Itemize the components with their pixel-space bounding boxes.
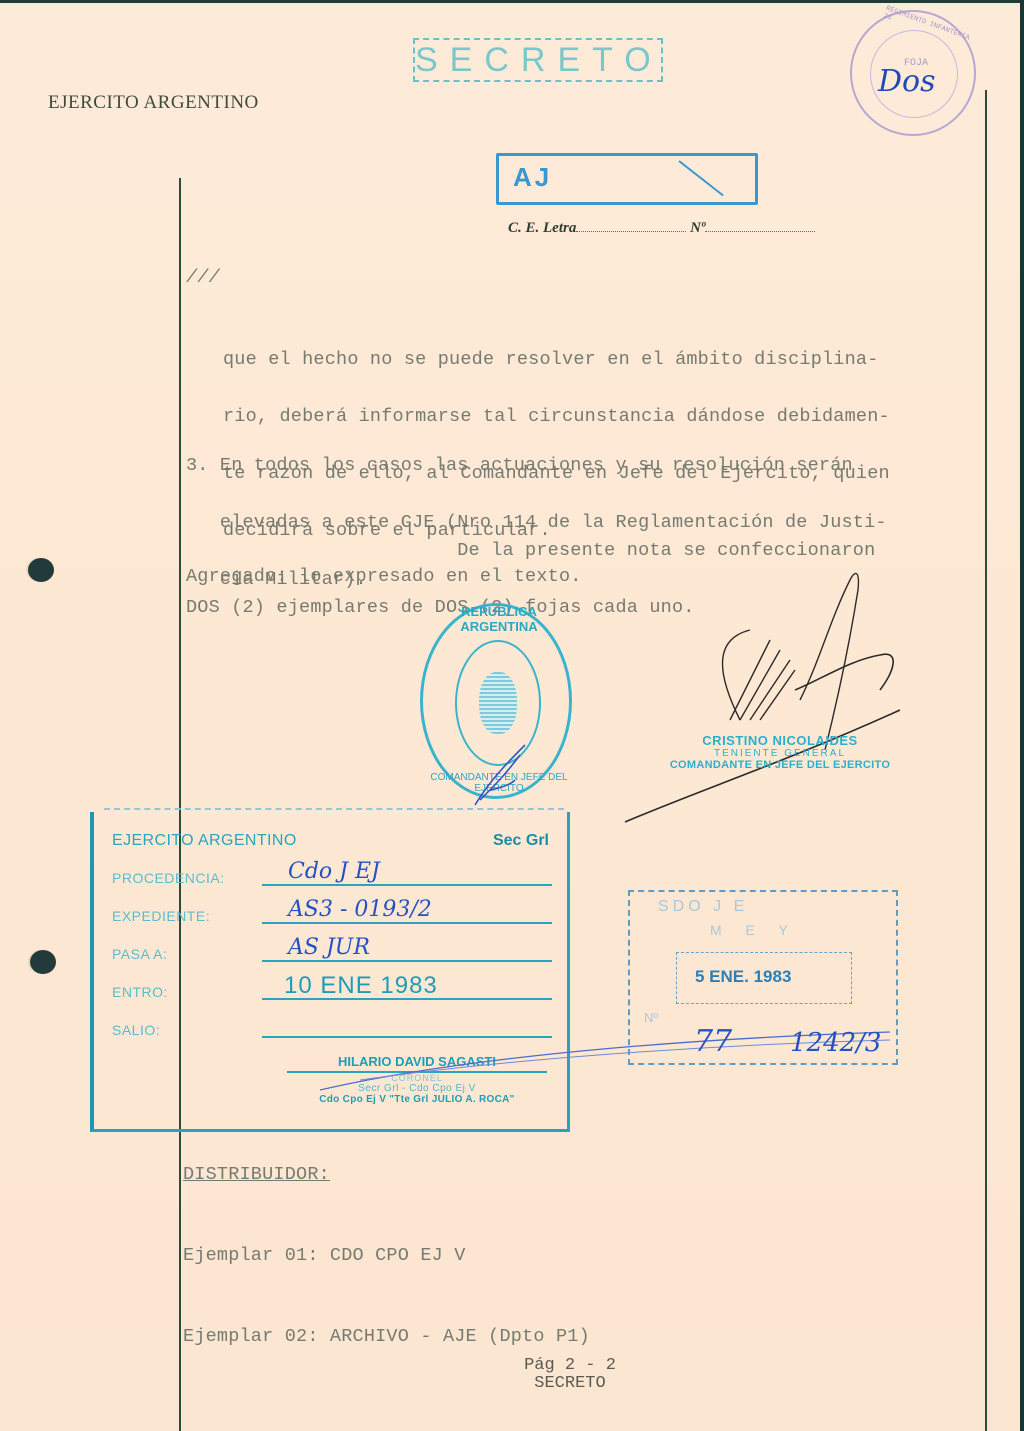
- mesa-line-2: M E Y: [710, 922, 798, 938]
- signatory-rank: TENIENTE GENERAL: [650, 748, 910, 759]
- mesa-handwritten-a: 77: [694, 1024, 732, 1059]
- text-line: De la presente nota se confeccionaron: [186, 541, 875, 560]
- organization-header: EJERCITO ARGENTINO: [48, 92, 259, 114]
- punch-hole-icon: [30, 950, 56, 974]
- mesa-entradas-stamp: SDO J E M E Y 5 ENE. 1983 Nº 77 1242/3: [628, 890, 898, 1065]
- foja-handwritten-number: Dos: [878, 64, 936, 99]
- row-handwritten-value: AS3 - 0193/2: [288, 897, 432, 922]
- row-label: PROCEDENCIA:: [112, 870, 225, 886]
- scan-right-edge: [1020, 0, 1024, 1431]
- row-rule: [262, 922, 552, 924]
- registry-row-procedencia: PROCEDENCIA: Cdo J EJ: [112, 862, 552, 892]
- row-label: SALIO:: [112, 1022, 160, 1038]
- registry-organization: EJERCITO ARGENTINO: [112, 832, 297, 850]
- signatory-position: COMANDANTE EN JEFE DEL EJERCITO: [650, 759, 910, 771]
- continuation-mark: ///: [186, 268, 220, 287]
- seal-top-text: REPUBLICA ARGENTINA: [429, 604, 569, 634]
- row-handwritten-value: AS JUR: [288, 935, 370, 960]
- row-label: PASA A:: [112, 946, 167, 962]
- numero-field: [705, 221, 815, 232]
- attachment-note: Agregado: lo expresado en el texto.: [186, 567, 582, 586]
- text-line: que el hecho no se puede resolver en el …: [223, 350, 890, 369]
- punch-hole-icon: [28, 558, 54, 582]
- registry-row-pasa-a: PASA A: AS JUR: [112, 938, 552, 968]
- row-rule: [262, 960, 552, 962]
- signature-icon: [620, 560, 920, 830]
- left-margin-rule: [179, 178, 181, 1431]
- registry-row-entro: ENTRO: 10 ENE 1983: [112, 976, 552, 1006]
- stamp-slash-mark: [678, 160, 723, 196]
- mesa-date-box: 5 ENE. 1983: [676, 952, 852, 1004]
- registry-section: Sec Grl: [493, 832, 549, 850]
- row-rule: [262, 884, 552, 886]
- distribution-heading: DISTRIBUIDOR:: [183, 1165, 590, 1184]
- initials-scribble-icon: [470, 740, 540, 810]
- mesa-handwritten-b: 1242/3: [790, 1028, 881, 1058]
- mesa-date: 5 ENE. 1983: [695, 967, 791, 987]
- distribution-item: Ejemplar 01: CDO CPO EJ V: [183, 1246, 590, 1265]
- stamp-top-edge: [104, 808, 564, 810]
- numero-label: Nº: [690, 220, 705, 236]
- row-label: EXPEDIENTE:: [112, 908, 210, 924]
- classification-stamp: SECRETO: [413, 38, 663, 82]
- row-label: ENTRO:: [112, 984, 168, 1000]
- text-line: 3. En todos los casos las actuaciones y …: [186, 456, 887, 475]
- page-footer: Pág 2 - 2 SECRETO: [440, 1357, 700, 1393]
- page-number: Pág 2 - 2: [440, 1357, 700, 1375]
- row-handwritten-value: Cdo J EJ: [288, 859, 380, 884]
- row-stamped-date: 10 ENE 1983: [284, 972, 438, 1000]
- right-margin-rule: [985, 90, 987, 1431]
- mesa-number-label: Nº: [644, 1010, 658, 1025]
- footer-classification: SECRETO: [440, 1375, 700, 1393]
- signatory-name: CRISTINO NICOLAIDES: [650, 733, 910, 748]
- ce-reference-line: C. E. Letra Nº: [508, 220, 815, 237]
- ce-letra-field: [576, 221, 686, 232]
- document-page: EJERCITO ARGENTINO SECRETO AJ C. E. Letr…: [0, 0, 1024, 1431]
- distribution-item: Ejemplar 02: ARCHIVO - AJE (Dpto P1): [183, 1327, 590, 1346]
- signatory-block: CRISTINO NICOLAIDES TENIENTE GENERAL COM…: [650, 733, 910, 771]
- foja-seal: REGIMIENTO INFANTERIA 25 FOJA Dos: [850, 10, 976, 136]
- scan-top-edge: [0, 0, 1024, 3]
- mesa-line-1: SDO J E: [658, 898, 748, 916]
- office-stamp: AJ: [496, 153, 758, 205]
- ce-letra-label: C. E. Letra: [508, 220, 576, 236]
- office-stamp-code: AJ: [513, 162, 552, 193]
- registry-row-expediente: EXPEDIENTE: AS3 - 0193/2: [112, 900, 552, 930]
- coat-of-arms-icon: [479, 672, 517, 734]
